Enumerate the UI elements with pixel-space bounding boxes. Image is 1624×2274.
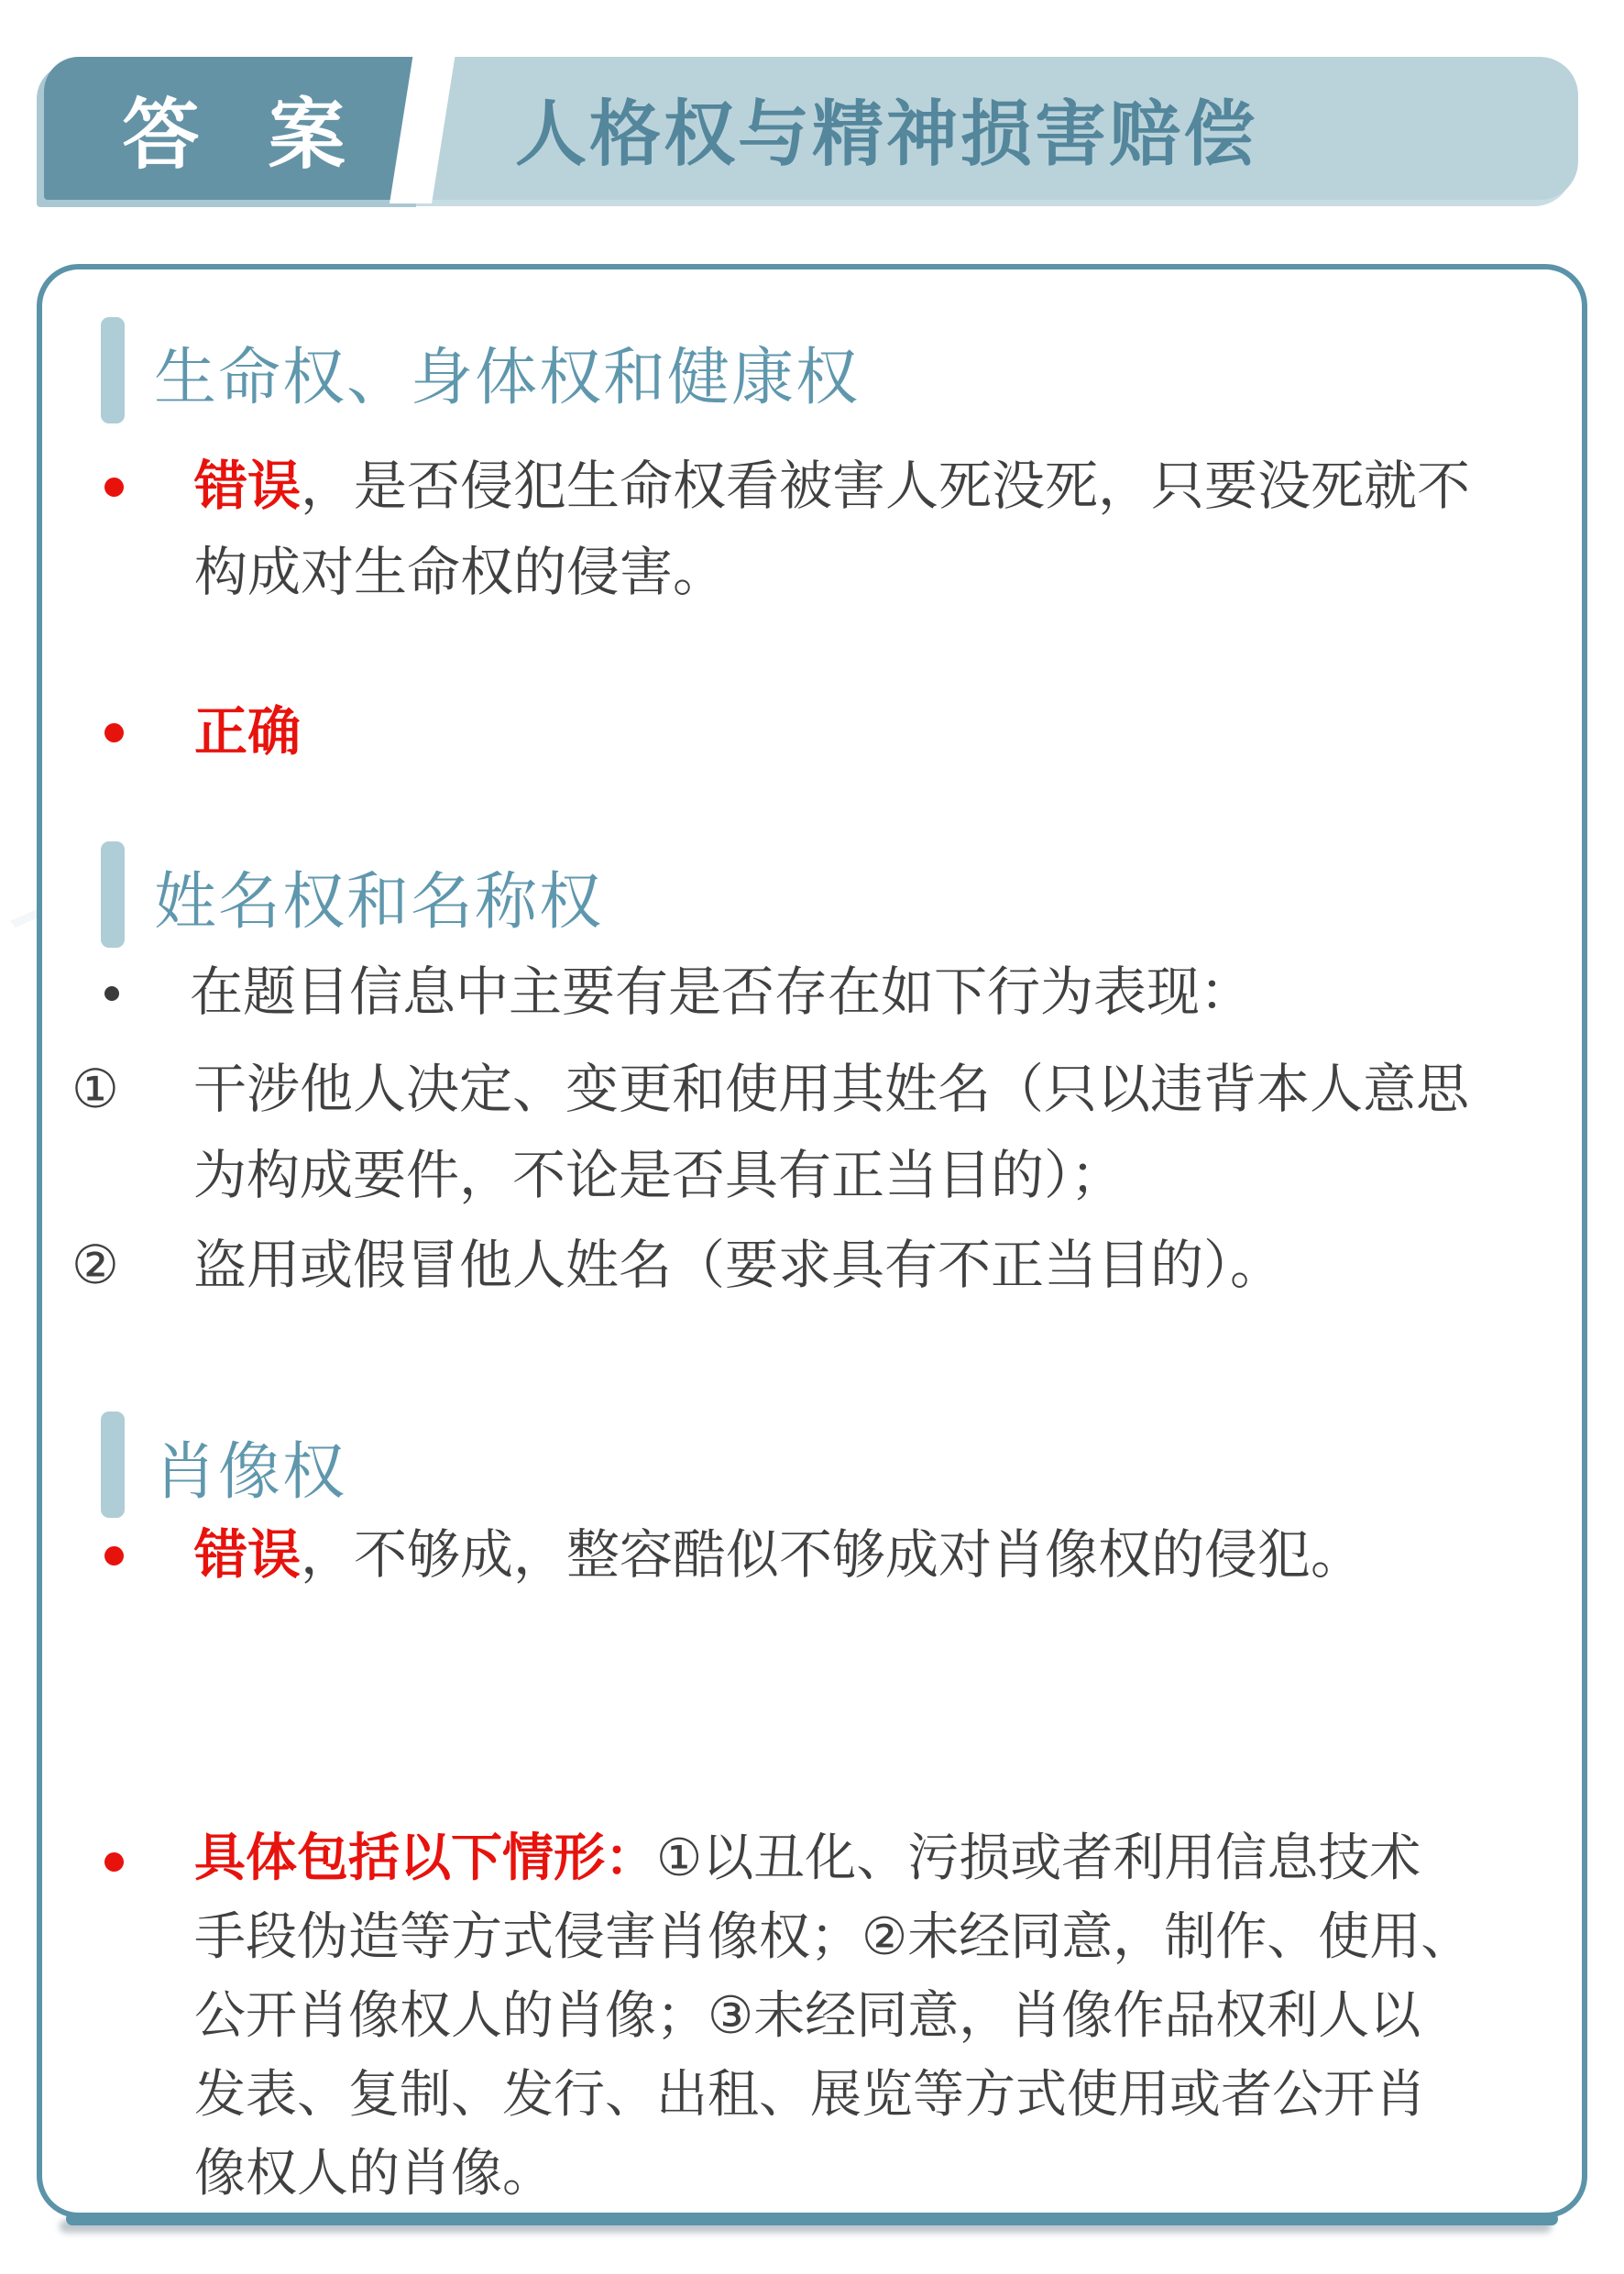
section-1-title: 生命权、身体权和健康权 <box>154 328 860 417</box>
answer-tag: 答 案 <box>44 57 423 200</box>
section-3-accent-bar <box>101 1412 125 1518</box>
numbered-item-1-text: 干涉他人决定、变更和使用其姓名（只以违背本人意思 为构成要件，不论是否具有正当目… <box>193 1047 1511 1219</box>
bullet-2-text: 正确 <box>194 689 1512 775</box>
bullet-1-body: ，是否侵犯生命权看被害人死没死，只要没死就不 构成对生命权的侵害。 <box>194 456 1470 602</box>
bullet-5-text: 具体包括以下情形：①以丑化、污损或者利用信息技术 手段伪造等方式侵害肖像权；②未… <box>194 1818 1523 2213</box>
section-1-accent-bar <box>101 317 125 423</box>
bullet-3-text: 在题目信息中主要有是否存在如下行为表现： <box>190 950 1508 1036</box>
bullet-2-verdict: 正确 <box>194 702 301 762</box>
bullet-item-3: 在题目信息中主要有是否存在如下行为表现： <box>104 950 1508 1036</box>
bullet-1-verdict: 错误 <box>194 456 301 516</box>
numbered-item-2: ② 盗用或假冒他人姓名（要求具有不正当目的）。 <box>71 1223 1511 1309</box>
bullet-1-text: 错误，是否侵犯生命权看被害人死没死，只要没死就不 构成对生命权的侵害。 <box>194 444 1512 616</box>
numbered-item-2-text: 盗用或假冒他人姓名（要求具有不正当目的）。 <box>193 1223 1511 1309</box>
bullet-item-2: 正确 <box>104 689 1512 775</box>
bullet-item-4: 错误，不够成，整容酷似不够成对肖像权的侵犯。 <box>104 1512 1512 1598</box>
section-2-accent-bar <box>101 841 125 948</box>
bullet-4-body: ，不够成，整容酷似不够成对肖像权的侵犯。 <box>301 1525 1364 1585</box>
panel-bottom-bar <box>66 2213 1558 2225</box>
slide-page: 奋斗年华 人格权与精神损害赔偿 答 案 生命权、身体权和健康权 错误，是否侵犯生… <box>0 0 1624 2274</box>
bullet-4-text: 错误，不够成，整容酷似不够成对肖像权的侵犯。 <box>194 1512 1512 1598</box>
bullet-dot-red <box>104 1546 124 1565</box>
bullet-dot-dark <box>104 986 119 1001</box>
page-title: 人格权与精神损害赔偿 <box>515 77 1257 180</box>
bullet-dot-red <box>104 478 124 497</box>
bullet-item-5: 具体包括以下情形：①以丑化、污损或者利用信息技术 手段伪造等方式侵害肖像权；②未… <box>104 1818 1523 2213</box>
bullet-4-verdict: 错误 <box>194 1525 301 1585</box>
header-banner: 人格权与精神损害赔偿 <box>409 57 1578 200</box>
numbered-item-1: ① 干涉他人决定、变更和使用其姓名（只以违背本人意思 为构成要件，不论是否具有正… <box>71 1047 1511 1219</box>
section-3-title: 肖像权 <box>154 1423 346 1511</box>
numbered-marker-2: ② <box>71 1223 136 1309</box>
bullet-5-lead: 具体包括以下情形： <box>194 1829 656 1886</box>
section-2-title: 姓名权和名称权 <box>154 852 603 941</box>
bullet-3-body: 在题目信息中主要有是否存在如下行为表现： <box>190 962 1253 1022</box>
content-panel: 生命权、身体权和健康权 错误，是否侵犯生命权看被害人死没死，只要没死就不 构成对… <box>37 264 1587 2218</box>
bullet-dot-red <box>104 1852 124 1872</box>
numbered-marker-1: ① <box>71 1047 136 1133</box>
bullet-dot-red <box>104 723 124 742</box>
answer-tag-label: 答 案 <box>98 73 368 184</box>
bullet-item-1: 错误，是否侵犯生命权看被害人死没死，只要没死就不 构成对生命权的侵害。 <box>104 444 1512 616</box>
